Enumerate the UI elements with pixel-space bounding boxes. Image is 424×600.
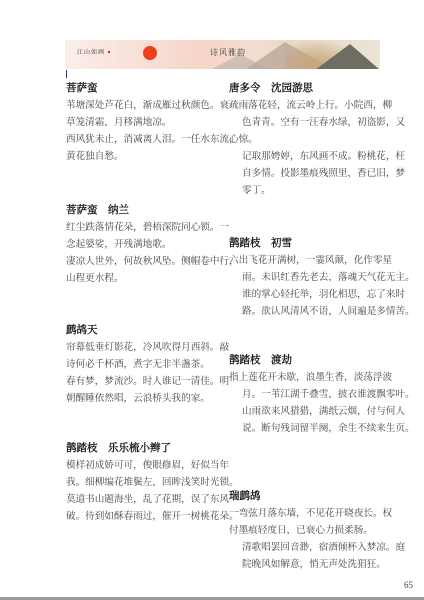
poem-line: 草笼清霜，月移满地凉。 (66, 114, 241, 131)
poem-line: 帘幕低垂灯影花，冷风吹得月西斜。敲 (66, 339, 241, 356)
poem-title: 唐多令 沈园游思 (229, 80, 404, 97)
poem-line: 山程更水程。 (66, 270, 241, 287)
poem-line: 一弯弦月落东墙，不见花开晓夜长。权 (229, 505, 404, 522)
poem-line: 零丁。 (229, 182, 404, 199)
poem: 鹧鸪天 帘幕低垂灯影花，冷风吹得月西斜。敲 诗何必千杯酒，煮字无非半盏茶。 春有… (66, 322, 241, 407)
poem-line: 路。欲认风清风不语，人间遍是多情苦。 (229, 303, 404, 320)
text-cursor (66, 70, 67, 78)
poem-line: 清歌唱罢回音渺，宿酒倾杯入梦凉。庭 (229, 539, 404, 556)
poem-line: 谁的掌心轻托举，羽化相思，忘了来时 (229, 286, 404, 303)
poem-line: 指上莲花开未歇，浪墨生香，淡荡浮波 (229, 369, 404, 386)
poem-line: 疏雨落花轻，流云岭上行。小院西，柳 (229, 97, 404, 114)
poem: 鹊踏枝 乐乐梳小辫了 模样初成娇可可，俊眼修眉，好似当年 我。细柳编花堆鬓左，回… (66, 440, 241, 525)
poem-line: 山雨欲来风猎猎，满纸云烟，付与何人 (229, 403, 404, 420)
header-banner-image: 江山如画 诗风雅韵 (65, 40, 380, 69)
poem-title: 鹧鸪天 (66, 322, 241, 339)
poem-line: 自多情。投影墨痕残照里，香已旧，梦 (229, 165, 404, 182)
poem-line: 朝醒睡依然唱，云浪桥头我的家。 (66, 390, 241, 407)
poem: 鹊踏枝 渡劫 指上莲花开未歇，浪墨生香，淡荡浮波 月。一苇江湖千叠雪，披衣谁渡飘… (229, 352, 404, 437)
banner-seal-text: 江山如画 (77, 47, 105, 56)
mountain-illustration (315, 44, 380, 69)
poem-line: 凄凉人世外，何故秋风坠。侧帽卷中行， (66, 253, 241, 270)
page-number: 65 (404, 580, 413, 590)
poem-line: 说。断句残词留半阕，余生不续来生页。 (229, 420, 404, 437)
poem-line: 色青青。空有一汪春水绿，初盗影，又 (229, 114, 404, 131)
poem-line: 六出飞花开满树，一霎风颠，化作零星 (229, 252, 404, 269)
poem-line: 诗何必千杯酒，煮字无非半盏茶。 (66, 356, 241, 373)
poem-line: 春有梦，梦流沙。时人谁记一清佳。明 (66, 373, 241, 390)
seal-stamp-icon (108, 51, 110, 53)
poem-line: 黄花独自愁。 (66, 148, 241, 165)
poem-title: 菩萨蛮 (66, 80, 241, 97)
poem-line: 西风犹未止，消减离人泪。一任水东流， (66, 131, 241, 148)
poem-line: 模样初成娇可可，俊眼修眉，好似当年 (66, 457, 241, 474)
poem-line: 记取那娉婷，东风画不成。粉桃花，枉 (229, 148, 404, 165)
poem-line: 红尘跌落情花朵，碧梧深院同心锁。一 (66, 219, 241, 236)
poem: 唐多令 沈园游思 疏雨落花轻，流云岭上行。小院西，柳 色青青。空有一汪春水绿，初… (229, 80, 404, 199)
poem-line: 念起婆娑，开残满地歌。 (66, 236, 241, 253)
poem: 菩萨蛮 纳兰 红尘跌落情花朵，碧梧深院同心锁。一 念起婆娑，开残满地歌。 凄凉人… (66, 202, 241, 287)
poem-title: 菩萨蛮 纳兰 (66, 202, 241, 219)
poem-line: 破。待到如酥春雨过，催开一树桃花朵。 (66, 508, 241, 525)
poem: 菩萨蛮 苇塘深处芦花白，渐成雁过秋颜色。衰 草笼清霜，月移满地凉。 西风犹未止，… (66, 80, 241, 165)
poem-title: 鹊踏枝 渡劫 (229, 352, 404, 369)
poem: 鹊踏枝 初雪 六出飞花开满树，一霎风颠，化作零星 雨。未识红香先老去，落魂天气花… (229, 235, 404, 320)
poem-line: 心惊。 (229, 131, 404, 148)
poem-line: 苇塘深处芦花白，渐成雁过秋颜色。衰 (66, 97, 241, 114)
red-sun-icon (143, 46, 157, 60)
poem-line: 莫道书山题海坐，乱了花期，误了东风 (66, 491, 241, 508)
poem-title: 瑞鹧鸪 (229, 488, 404, 505)
poem-line: 月。一苇江湖千叠雪，披衣谁渡飘零叶。 (229, 386, 404, 403)
poem-title: 鹊踏枝 乐乐梳小辫了 (66, 440, 241, 457)
poem-title: 鹊踏枝 初雪 (229, 235, 404, 252)
poem-line: 院晚风如解意，悄无声处洗猖狂。 (229, 556, 404, 573)
poem-line: 我。细柳编花堆鬓左，回眸浅笑时光锁。 (66, 474, 241, 491)
poem-line: 雨。未识红香先老去，落魂天气花无主。 (229, 269, 404, 286)
poem-line: 付墨痕轻度日，已衰心力损柔肠。 (229, 522, 404, 539)
poem: 瑞鹧鸪 一弯弦月落东墙，不见花开晓夜长。权 付墨痕轻度日，已衰心力损柔肠。 清歌… (229, 488, 404, 573)
banner-title-text: 诗风雅韵 (210, 47, 246, 58)
